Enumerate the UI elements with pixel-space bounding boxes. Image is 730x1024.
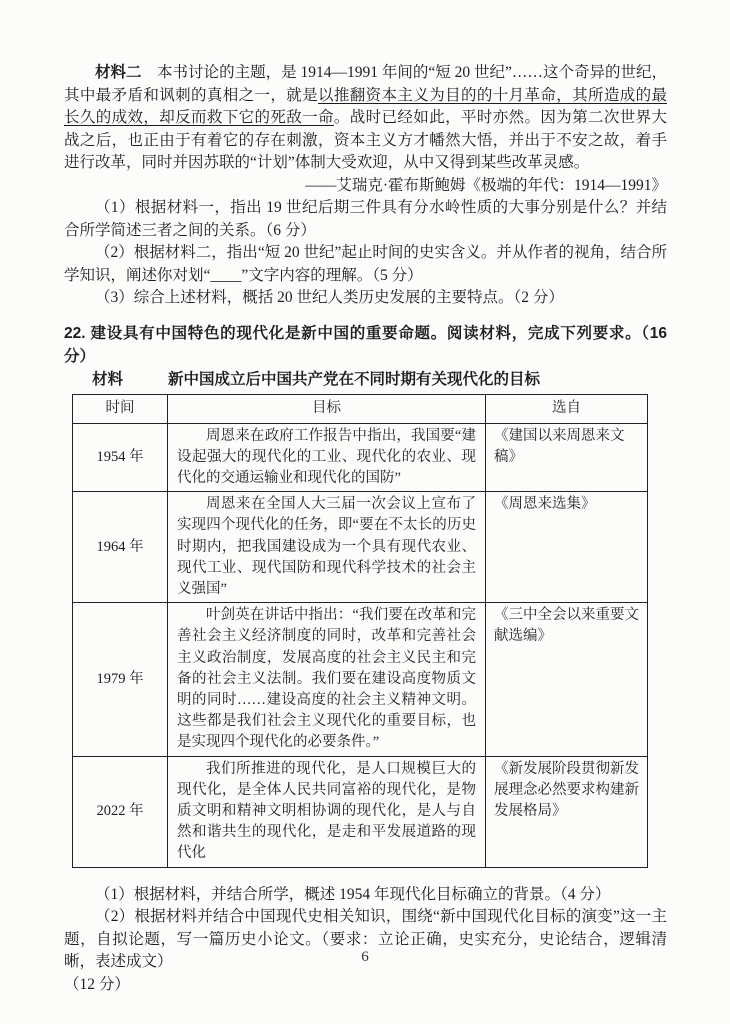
table-row: 1954 年 周恩来在政府工作报告中指出，我国要“建设起强大的现代化的工业、现代… xyxy=(73,423,648,492)
time-cell-1954: 1954 年 xyxy=(73,423,168,492)
material2-attribution: ——艾瑞克·霍布斯鲍姆《极端的年代：1914—1991》 xyxy=(64,175,667,198)
column-header-goal: 目标 xyxy=(168,394,486,423)
column-header-time: 时间 xyxy=(73,394,168,423)
q22-material-label: 材料 xyxy=(92,371,123,388)
table-row: 1964 年 周恩来在全国人大三届一次会议上宣布了实现四个现代化的任务，即“要在… xyxy=(73,492,648,603)
q22-subquestion-2-score: （12 分） xyxy=(64,974,667,997)
page-number: 6 xyxy=(0,946,730,969)
q22-material-line: 材料新中国成立后中国共产党在不同时期有关现代化的目标 xyxy=(64,369,667,391)
exam-page: 材料二 本书讨论的主题，是 1914—1991 年间的“短 20 世纪”……这个… xyxy=(0,0,730,1024)
material2-paragraph: 材料二 本书讨论的主题，是 1914—1991 年间的“短 20 世纪”……这个… xyxy=(64,62,667,175)
source-cell-1954: 《建国以来周恩来文稿》 xyxy=(486,423,648,492)
table-row: 2022 年 我们所推进的现代化，是人口规模巨大的现代化，是全体人民共同富裕的现… xyxy=(73,756,648,867)
goal-cell-1954: 周恩来在政府工作报告中指出，我国要“建设起强大的现代化的工业、现代化的农业、现代… xyxy=(168,423,486,492)
source-cell-1979: 《三中全会以来重要文献选编》 xyxy=(486,603,648,756)
table-header-row: 时间 目标 选自 xyxy=(73,394,648,423)
time-cell-1964: 1964 年 xyxy=(73,492,168,603)
column-header-source: 选自 xyxy=(486,394,648,423)
table-row: 1979 年 叶剑英在讲话中指出：“我们要在改革和完善社会主义经济制度的同时，改… xyxy=(73,603,648,756)
q21-subquestion-2: （2）根据材料二，指出“短 20 世纪”起止时间的史实含义。并从作者的视角，结合… xyxy=(64,242,667,287)
q22-stem: 22. 建设具有中国特色的现代化是新中国的重要命题。阅读材料，完成下列要求。（1… xyxy=(64,322,667,368)
time-cell-2022: 2022 年 xyxy=(73,756,168,867)
q22-subquestion-1: （1）根据材料，并结合所学，概述 1954 年现代化目标确立的背景。（4 分） xyxy=(64,884,667,907)
material2-label: 材料二 xyxy=(95,64,142,81)
modernization-goals-table: 时间 目标 选自 1954 年 周恩来在政府工作报告中指出，我国要“建设起强大的… xyxy=(72,394,648,868)
source-cell-1964: 《周恩来选集》 xyxy=(486,492,648,603)
goal-cell-2022: 我们所推进的现代化，是人口规模巨大的现代化，是全体人民共同富裕的现代化，是物质文… xyxy=(168,756,486,867)
q22-subquestions: （1）根据材料，并结合所学，概述 1954 年现代化目标确立的背景。（4 分） … xyxy=(64,884,667,997)
goal-cell-1979: 叶剑英在讲话中指出：“我们要在改革和完善社会主义经济制度的同时，改革和完善社会主… xyxy=(168,603,486,756)
q21-subquestion-3: （3）综合上述材料，概括 20 世纪人类历史发展的主要特点。（2 分） xyxy=(64,287,667,310)
q21-subquestion-1: （1）根据材料一，指出 19 世纪后期三件具有分水岭性质的大事分别是什么？并结合… xyxy=(64,197,667,242)
q22-table-title: 新中国成立后中国共产党在不同时期有关现代化的目标 xyxy=(168,371,540,388)
time-cell-1979: 1979 年 xyxy=(73,603,168,756)
goal-cell-1964: 周恩来在全国人大三届一次会议上宣布了实现四个现代化的任务，即“要在不太长的历史时… xyxy=(168,492,486,603)
source-cell-2022: 《新发展阶段贯彻新发展理念必然要求构建新发展格局》 xyxy=(486,756,648,867)
